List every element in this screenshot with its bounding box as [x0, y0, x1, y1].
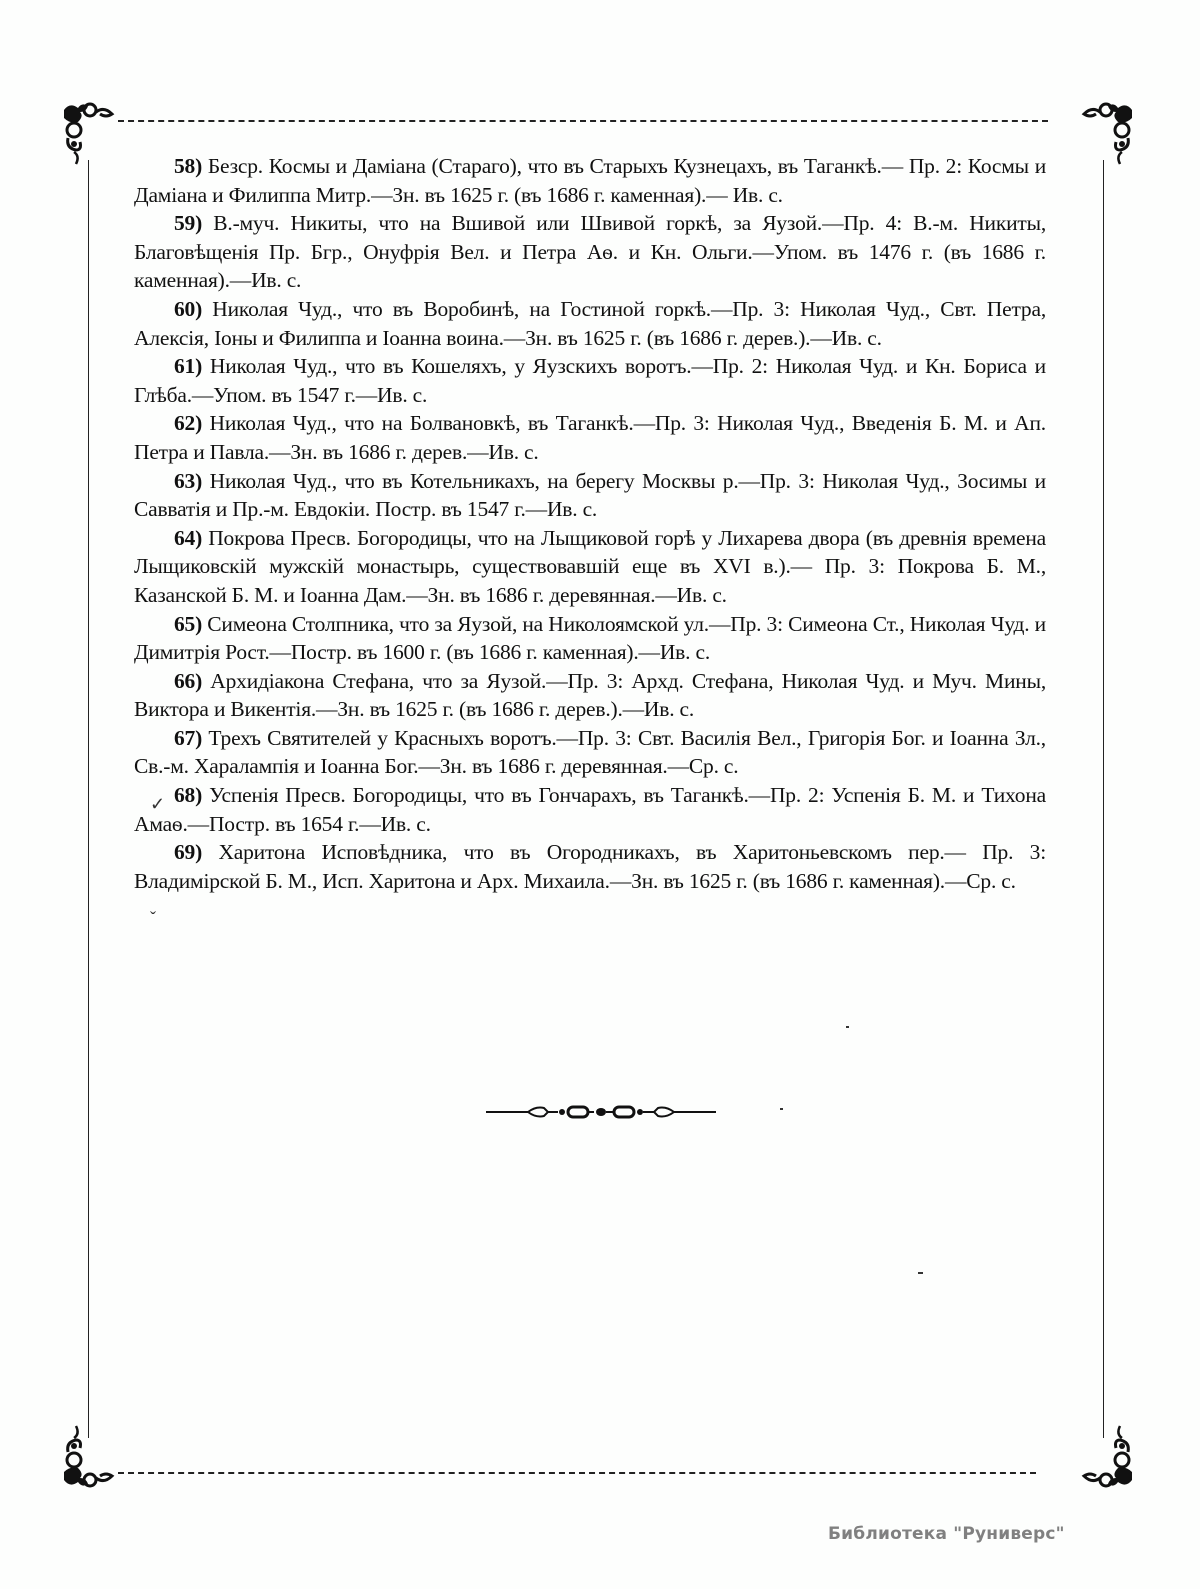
corner-ornament-bottom-left-icon [60, 1418, 132, 1490]
corner-ornament-top-right-icon [1064, 100, 1136, 172]
entry-67: 67) Трехъ Святителей у Красныхъ воротъ.—… [134, 724, 1046, 781]
frame-left-border [88, 160, 89, 1438]
entry-64: 64) Покрова Пресв. Богородицы, что на Лы… [134, 524, 1046, 610]
entry-62: 62) Николая Чуд., что на Болвановкѣ, въ … [134, 409, 1046, 466]
section-end-ornament-icon [486, 1104, 716, 1120]
entry-66: 66) Архидіакона Стефана, что за Яузой.—П… [134, 667, 1046, 724]
margin-tick-icon: ˇ [150, 908, 156, 929]
entry-59: 59) В.-муч. Никиты, что на Вшивой или Шв… [134, 209, 1046, 295]
corner-ornament-top-left-icon [60, 100, 132, 172]
entry-69: 69) Харитона Исповѣдника, что въ Огородн… [134, 838, 1046, 895]
corner-ornament-bottom-right-icon [1064, 1418, 1136, 1490]
frame-bottom-border [118, 1472, 1036, 1474]
margin-checkmark-icon: ✓ [150, 794, 165, 815]
library-watermark: Библиотека "Руниверс" [828, 1524, 1065, 1544]
frame-right-border [1103, 160, 1104, 1438]
entry-58: 58) Безср. Космы и Даміана (Стараго), чт… [134, 152, 1046, 209]
entry-68: 68) Успенія Пресв. Богородицы, что въ Го… [134, 781, 1046, 838]
entry-63: 63) Николая Чуд., что въ Котельникахъ, н… [134, 467, 1046, 524]
scan-speck [780, 1108, 783, 1110]
scan-speck [846, 1026, 849, 1028]
church-list: 58) Безср. Космы и Даміана (Стараго), чт… [134, 152, 1046, 895]
frame-top-border [118, 120, 1048, 122]
scan-speck [918, 1272, 923, 1274]
entry-60: 60) Николая Чуд., что въ Воробинѣ, на Го… [134, 295, 1046, 352]
entry-61: 61) Николая Чуд., что въ Кошеляхъ, у Яуз… [134, 352, 1046, 409]
entry-65: 65) Симеона Столпника, что за Яузой, на … [134, 610, 1046, 667]
